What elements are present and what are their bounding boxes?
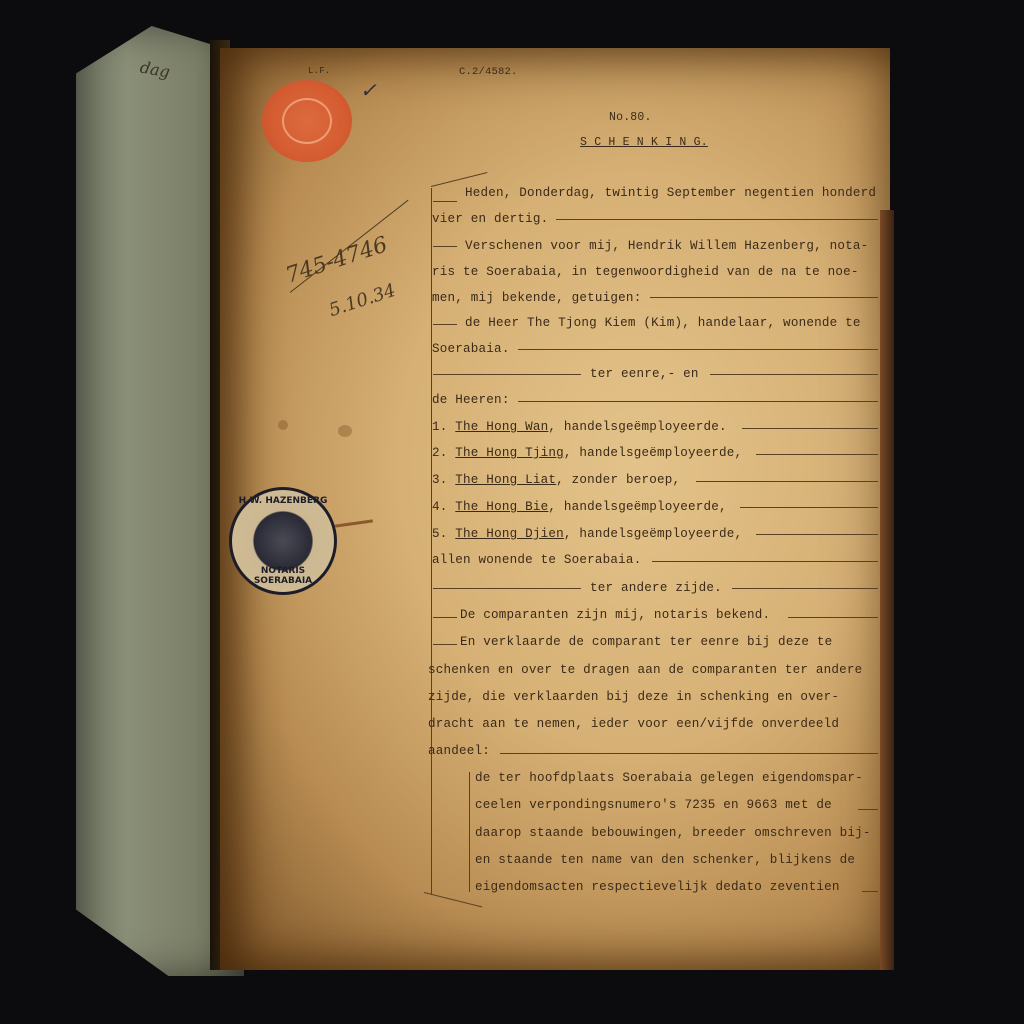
- party-item: 2. The Hong Tjing, handelsgeëmployeerde,: [432, 446, 742, 460]
- body-line: De comparanten zijn mij, notaris bekend.: [460, 608, 770, 622]
- party-number: 1.: [432, 420, 448, 434]
- party-occupation: , zonder beroep,: [556, 473, 680, 487]
- party-item: 1. The Hong Wan, handelsgeëmployeerde.: [432, 420, 727, 434]
- fill-line: [433, 644, 457, 645]
- body-line: aandeel:: [428, 744, 490, 758]
- body-line: de Heeren:: [432, 393, 510, 407]
- party-item: 5. The Hong Djien, handelsgeëmployeerde,: [432, 527, 742, 541]
- body-line: Heden, Donderdag, twintig September nege…: [465, 186, 876, 200]
- fill-line: [556, 219, 878, 220]
- stamp-name: H.W. HAZENBERG: [232, 496, 334, 506]
- party-number: 5.: [432, 527, 448, 541]
- fill-line: [710, 374, 878, 375]
- document-title: S C H E N K I N G.: [580, 136, 708, 149]
- body-line: Verschenen voor mij, Hendrik Willem Haze…: [465, 239, 868, 253]
- fill-line: [650, 297, 878, 298]
- fill-line: [433, 201, 457, 202]
- fill-line: [740, 507, 878, 508]
- body-line: allen wonende te Soerabaia.: [432, 553, 641, 567]
- party-name: The Hong Tjing: [455, 446, 564, 460]
- reference-number: C.2/4582.: [459, 66, 518, 78]
- indent-line: [469, 772, 470, 892]
- seal-crest-icon: [282, 98, 332, 144]
- party-name: The Hong Djien: [455, 527, 564, 541]
- fill-line: [756, 454, 878, 455]
- body-line: zijde, die verklaarden bij deze in schen…: [428, 690, 839, 704]
- fill-line: [788, 617, 878, 618]
- body-line: de Heer The Tjong Kiem (Kim), handelaar,…: [465, 316, 861, 330]
- party-name: The Hong Wan: [455, 420, 548, 434]
- fill-line: [696, 481, 878, 482]
- indented-line: daarop staande bebouwingen, breeder omsc…: [475, 826, 871, 840]
- party-occupation: , handelsgeëmployeerde,: [548, 500, 726, 514]
- fill-line: [518, 349, 878, 350]
- body-line: vier en dertig.: [432, 212, 548, 226]
- indented-line: en staande ten name van den schenker, bl…: [475, 853, 855, 867]
- party-number: 4.: [432, 500, 448, 514]
- fill-line: [652, 561, 878, 562]
- fill-line: [756, 534, 878, 535]
- stamp-place: NOTARIS SOERABAIA: [232, 566, 334, 586]
- fill-line: [500, 753, 878, 754]
- fill-line: [858, 809, 878, 810]
- fill-line: [732, 588, 878, 589]
- notary-ink-stamp: H.W. HAZENBERG NOTARIS SOERABAIA: [229, 487, 337, 595]
- fill-line: [433, 324, 457, 325]
- body-line: ris te Soerabaia, in tegenwoordigheid va…: [432, 265, 859, 279]
- party-occupation: , handelsgeëmployeerde,: [564, 446, 742, 460]
- body-line: Soerabaia.: [432, 342, 510, 356]
- party-number: 3.: [432, 473, 448, 487]
- fill-line: [433, 374, 581, 375]
- indented-line: ceelen verpondingsnumero's 7235 en 9663 …: [475, 798, 832, 812]
- fill-line: [433, 246, 457, 247]
- party-item: 3. The Hong Liat, zonder beroep,: [432, 473, 680, 487]
- party-number: 2.: [432, 446, 448, 460]
- red-notary-seal: [262, 80, 352, 162]
- corner-initials: L.F.: [308, 66, 330, 76]
- fill-line: [742, 428, 878, 429]
- fill-line: [433, 588, 581, 589]
- party-occupation: , handelsgeëmployeerde,: [564, 527, 742, 541]
- body-line: schenken en over te dragen aan de compar…: [428, 663, 862, 677]
- party-item: 4. The Hong Bie, handelsgeëmployeerde,: [432, 500, 727, 514]
- party-name: The Hong Liat: [455, 473, 556, 487]
- body-line: men, mij bekende, getuigen:: [432, 291, 641, 305]
- party-name: The Hong Bie: [455, 500, 548, 514]
- party-occupation: , handelsgeëmployeerde.: [548, 420, 726, 434]
- body-line: En verklaarde de comparant ter eenre bij…: [460, 635, 832, 649]
- check-mark-icon: ✓: [360, 78, 377, 102]
- stain: [338, 425, 352, 437]
- page-edge: [880, 210, 894, 970]
- body-line: ter eenre,- en: [590, 367, 699, 381]
- indented-line: de ter hoofdplaats Soerabaia gelegen eig…: [475, 771, 863, 785]
- indented-line: eigendomsacten respectievelijk dedato ze…: [475, 880, 840, 894]
- fill-line: [518, 401, 878, 402]
- body-line: dracht aan te nemen, ieder voor een/vijf…: [428, 717, 839, 731]
- body-line: ter andere zijde.: [590, 581, 722, 595]
- stain: [278, 420, 288, 430]
- deed-number: No.80.: [609, 111, 652, 124]
- fill-line: [433, 617, 457, 618]
- fill-line: [862, 891, 878, 892]
